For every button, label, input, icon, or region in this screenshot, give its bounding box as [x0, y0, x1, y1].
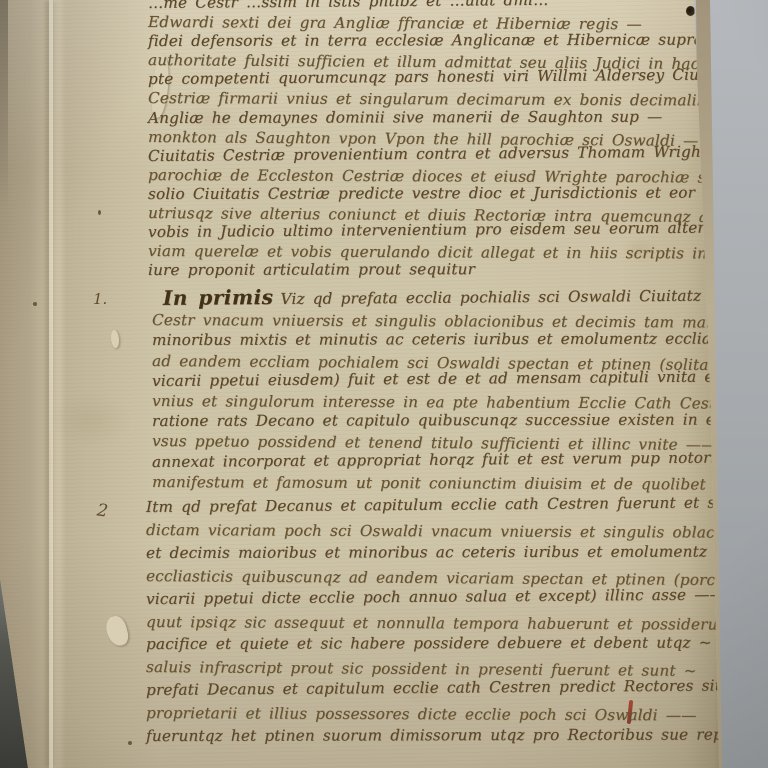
paper-tear-flap [104, 614, 131, 648]
manuscript-line: prefati Decanus et capitulum ecclie cath… [146, 674, 768, 702]
article-1-first-line: In primisViz qd prefata ecclia pochialis… [152, 283, 768, 310]
manuscript-line: iure proponit articulatim prout sequitur [148, 260, 768, 281]
spine-crease [49, 0, 53, 768]
manuscript-line: Viz qd prefata ecclia pochialis sci Oswa… [280, 287, 722, 308]
manuscript-line: et decimis maioribus et minoribus ac cet… [146, 540, 768, 565]
ink-speck [98, 210, 101, 215]
manuscript-line: vicarii ppetui eiusdem) fuit et est de e… [152, 366, 768, 391]
inprimis-heading: In primis [152, 285, 274, 310]
paper-tear-flap [110, 330, 120, 349]
manuscript-line: vicarii ppetui dicte ecclie poch annuo s… [146, 583, 768, 611]
ink-speck [33, 302, 37, 306]
manuscript-line: Itm qd prefat Decanus et capitulum eccli… [146, 491, 768, 519]
manuscript-line: fidei defensoris et in terra ecclesiæ An… [148, 30, 768, 51]
preamble-paragraph: …me Cestr …ssim in istis pntibz et …uiat… [148, 0, 768, 280]
binding-edge-shadow [0, 0, 8, 210]
manuscript-line: …me Cestr …ssim in istis pntibz et …uiat… [148, 0, 768, 13]
manuscript-page: 1. 2 …me Cestr …ssim in istis pntibz et … [0, 0, 722, 768]
margin-number-2: 2 [96, 500, 110, 521]
manuscript-line: fueruntqz het ptinen suorum dimissorum u… [146, 723, 768, 748]
margin-number-1: 1. [93, 290, 107, 308]
manuscript-line: ratione rats Decano et capitulo quibuscu… [152, 409, 768, 431]
manuscript-line: pte competenti quorumcunqz pars honesti … [148, 65, 768, 89]
ink-speck [128, 741, 132, 745]
manuscript-line: solio Ciuitatis Cestriæ predicte vestre … [148, 183, 768, 204]
manuscript-line: minoribus mixtis et minutis ac ceteris i… [152, 329, 768, 351]
manuscript-line: pacifice et quiete et sic habere posside… [146, 632, 768, 657]
manuscript-line: vobis in Judicio ultimo intervenientium … [148, 218, 768, 242]
article-1-paragraph: In primisViz qd prefata ecclia pochialis… [152, 288, 768, 492]
article-2-paragraph: Itm qd prefat Decanus et capitulum eccli… [146, 496, 768, 748]
manuscript-line: Angliæ he demaynes dominii sive manerii … [148, 107, 768, 128]
